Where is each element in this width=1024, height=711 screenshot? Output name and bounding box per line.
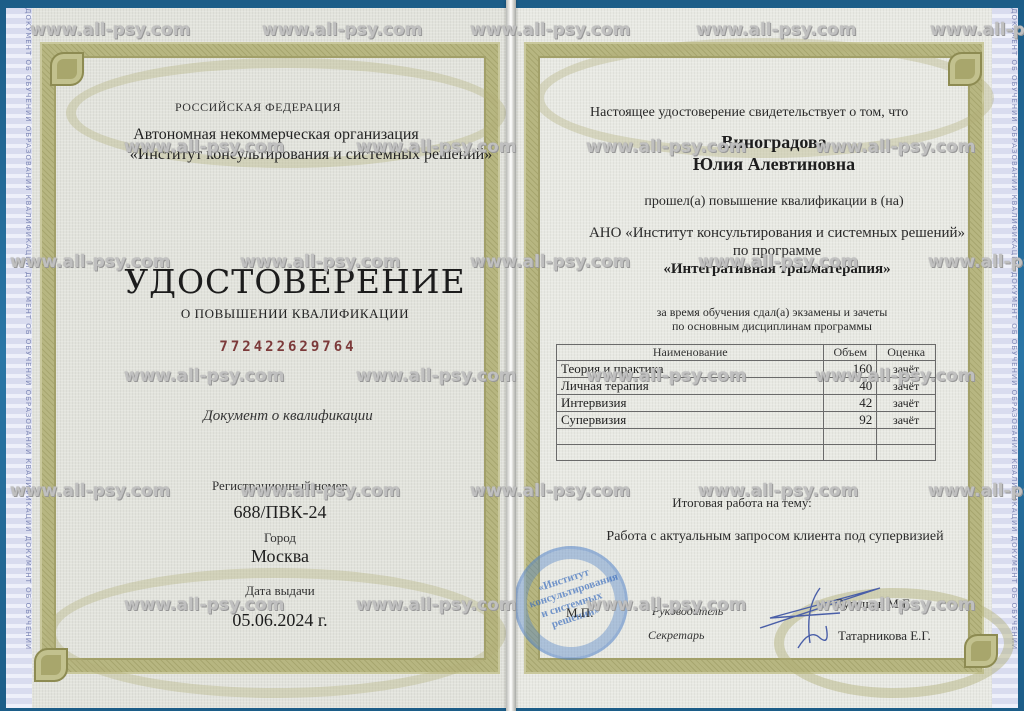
- discipline-grade: зачёт: [877, 378, 936, 395]
- secretary-name: Татарникова Е.Г.: [838, 628, 931, 644]
- holder-given-names: Юлия Алевтиновна: [514, 154, 1018, 175]
- table-row: Интервизия 42 зачёт: [557, 395, 936, 412]
- exams-line-1: за время обучения сдал(а) экзамены и зач…: [514, 305, 1018, 320]
- signature-mark: [750, 568, 900, 658]
- corner-ornament: [34, 648, 68, 682]
- discipline-name: [557, 445, 824, 461]
- column-header-name: Наименование: [557, 345, 824, 361]
- intro-text: Настоящее удостоверение свидетельствует …: [590, 105, 908, 121]
- reg-number: 688/ПВК-24: [6, 502, 510, 523]
- by-program-label: по программе: [514, 243, 1018, 260]
- holder-surname: Виноградова: [514, 132, 1018, 153]
- document-title: УДОСТОВЕРЕНИЕ: [6, 262, 510, 301]
- secretary-label: Секретарь: [648, 628, 704, 643]
- discipline-grade: зачёт: [877, 361, 936, 378]
- organization: АНО «Институт консультирования и системн…: [514, 225, 1018, 242]
- discipline-hours: 42: [824, 395, 877, 412]
- document-type: Документ о квалификации: [6, 408, 510, 425]
- table-row: Супервизия 92 зачёт: [557, 412, 936, 429]
- city: Москва: [6, 546, 510, 567]
- head-name: Буряшев М.Г.: [836, 596, 911, 612]
- corner-ornament: [964, 634, 998, 668]
- org-line-1: Автономная некоммерческая организация: [6, 126, 510, 144]
- left-page: ДОКУМЕНТ ОБ ОБУЧЕНИИ ОБРАЗОВАНИИ КВАЛИФИ…: [6, 8, 510, 708]
- book-spine: [506, 0, 516, 711]
- stamp-place-label: М.П.: [566, 605, 593, 621]
- discipline-name: Личная терапия: [557, 378, 824, 395]
- qualification-passed: прошел(а) повышение квалификации в (на): [514, 194, 1018, 210]
- city-label: Город: [6, 530, 510, 546]
- corner-ornament: [50, 52, 84, 86]
- corner-ornament: [948, 52, 982, 86]
- discipline-name: Интервизия: [557, 395, 824, 412]
- right-page: ДОКУМЕНТ ОБ ОБУЧЕНИИ ОБРАЗОВАНИИ КВАЛИФИ…: [514, 8, 1018, 708]
- column-header-hours: Объем: [824, 345, 877, 361]
- column-header-grade: Оценка: [877, 345, 936, 361]
- discipline-hours: 40: [824, 378, 877, 395]
- discipline-grade: зачёт: [877, 395, 936, 412]
- final-work-topic: Работа с актуальным запросом клиента под…: [514, 529, 1018, 545]
- discipline-name: Теория и практика: [557, 361, 824, 378]
- edge-microtext: ДОКУМЕНТ ОБ ОБУЧЕНИИ ОБРАЗОВАНИИ КВАЛИФИ…: [992, 8, 1018, 708]
- issue-date-label: Дата выдачи: [6, 583, 510, 599]
- discipline-hours: 160: [824, 361, 877, 378]
- stamp-text: «Институт консультирования и системных р…: [524, 562, 616, 636]
- discipline-hours: [824, 429, 877, 445]
- document-subtitle: О ПОВЫШЕНИИ КВАЛИФИКАЦИИ: [6, 306, 510, 322]
- exams-line-2: по основным дисциплинам программы: [514, 319, 1018, 334]
- final-work-label: Итоговая работа на тему:: [514, 495, 970, 511]
- table-row: [557, 445, 936, 461]
- grades-table: Наименование Объем Оценка Теория и практ…: [556, 344, 936, 461]
- program-name: «Интегративная травматерапия»: [514, 261, 1018, 278]
- discipline-name: Супервизия: [557, 412, 824, 429]
- issue-date: 05.06.2024 г.: [6, 610, 510, 631]
- discipline-name: [557, 429, 824, 445]
- table-row: [557, 429, 936, 445]
- table-row: Личная терапия 40 зачёт: [557, 378, 936, 395]
- org-line-2: «Институт консультирования и системных р…: [6, 146, 510, 164]
- country-label: РОССИЙСКАЯ ФЕДЕРАЦИЯ: [6, 100, 510, 115]
- serial-number: 772422629764: [6, 339, 510, 355]
- discipline-grade: [877, 445, 936, 461]
- head-label: Руководитель: [652, 604, 723, 619]
- table-row: Теория и практика 160 зачёт: [557, 361, 936, 378]
- discipline-grade: [877, 429, 936, 445]
- table-header-row: Наименование Объем Оценка: [557, 345, 936, 361]
- reg-number-label: Регистрационный номер: [6, 478, 510, 494]
- discipline-hours: 92: [824, 412, 877, 429]
- discipline-hours: [824, 445, 877, 461]
- discipline-grade: зачёт: [877, 412, 936, 429]
